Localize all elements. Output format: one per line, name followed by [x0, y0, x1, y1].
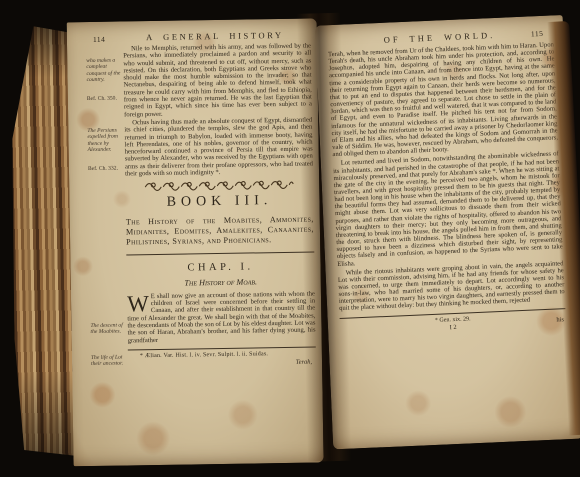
left-page-number: 114: [93, 35, 106, 44]
floral-ornament-band: [144, 180, 294, 192]
left-paragraph-2: Ochus having thus made an absolute conqu…: [124, 116, 313, 177]
margin-note-conquest: who makes a compleat conquest of the cou…: [86, 58, 121, 84]
title-divider-rule: [126, 251, 314, 255]
chapter-heading: CHAP. I.: [126, 260, 314, 274]
chapter-paragraph-text: E shall now give an account of those nat…: [127, 290, 315, 344]
book-heading: BOOK III.: [125, 193, 313, 212]
left-catchword: Terah,: [128, 358, 312, 368]
right-paragraph-3: While the riotous inhabitants were gropi…: [337, 260, 565, 313]
left-paragraph-1: Nile to Memphis, returned with his army,…: [123, 43, 312, 119]
left-running-header: A GENERAL HISTORY: [119, 30, 311, 43]
margin-note-descent-moabites: The descent of the Moabites.: [90, 322, 125, 335]
chapter-subtitle: The History of Moab.: [127, 276, 315, 288]
drop-cap-w: W: [127, 293, 151, 313]
right-paragraph-1: Terah, when he removed from Ur of the Ch…: [328, 41, 558, 158]
margin-note-life-of-lot: The life of Lot their ancestor.: [91, 354, 126, 367]
right-paragraph-2: Lot returned and lived in Sodom, notwith…: [333, 151, 563, 268]
book-photo-scene: 114 A GENERAL HISTORY who makes a comple…: [0, 0, 580, 477]
open-book: 114 A GENERAL HISTORY who makes a comple…: [1, 3, 580, 469]
chapter-opening-paragraph: WE shall now give an account of those na…: [127, 290, 316, 344]
margin-note-date-332: Bef. Ch. 332.: [88, 165, 123, 172]
book-title: The History of the Moabites, Ammonites, …: [126, 215, 314, 247]
margin-note-persians-expelled: The Persians expelled from thence by Ale…: [87, 127, 122, 153]
right-page: OF THE WORLD. 115 Terah, when he removed…: [315, 15, 580, 449]
left-text-column: Nile to Memphis, returned with his army,…: [123, 43, 316, 369]
right-page-number: 115: [531, 29, 544, 39]
margin-note-date-350: Bef. Ch. 350.: [87, 96, 122, 103]
right-text-column: Terah, when he removed from Ur of the Ch…: [328, 41, 566, 335]
left-page: 114 A GENERAL HISTORY who makes a comple…: [67, 18, 324, 466]
left-footnote-rule: [128, 346, 316, 350]
